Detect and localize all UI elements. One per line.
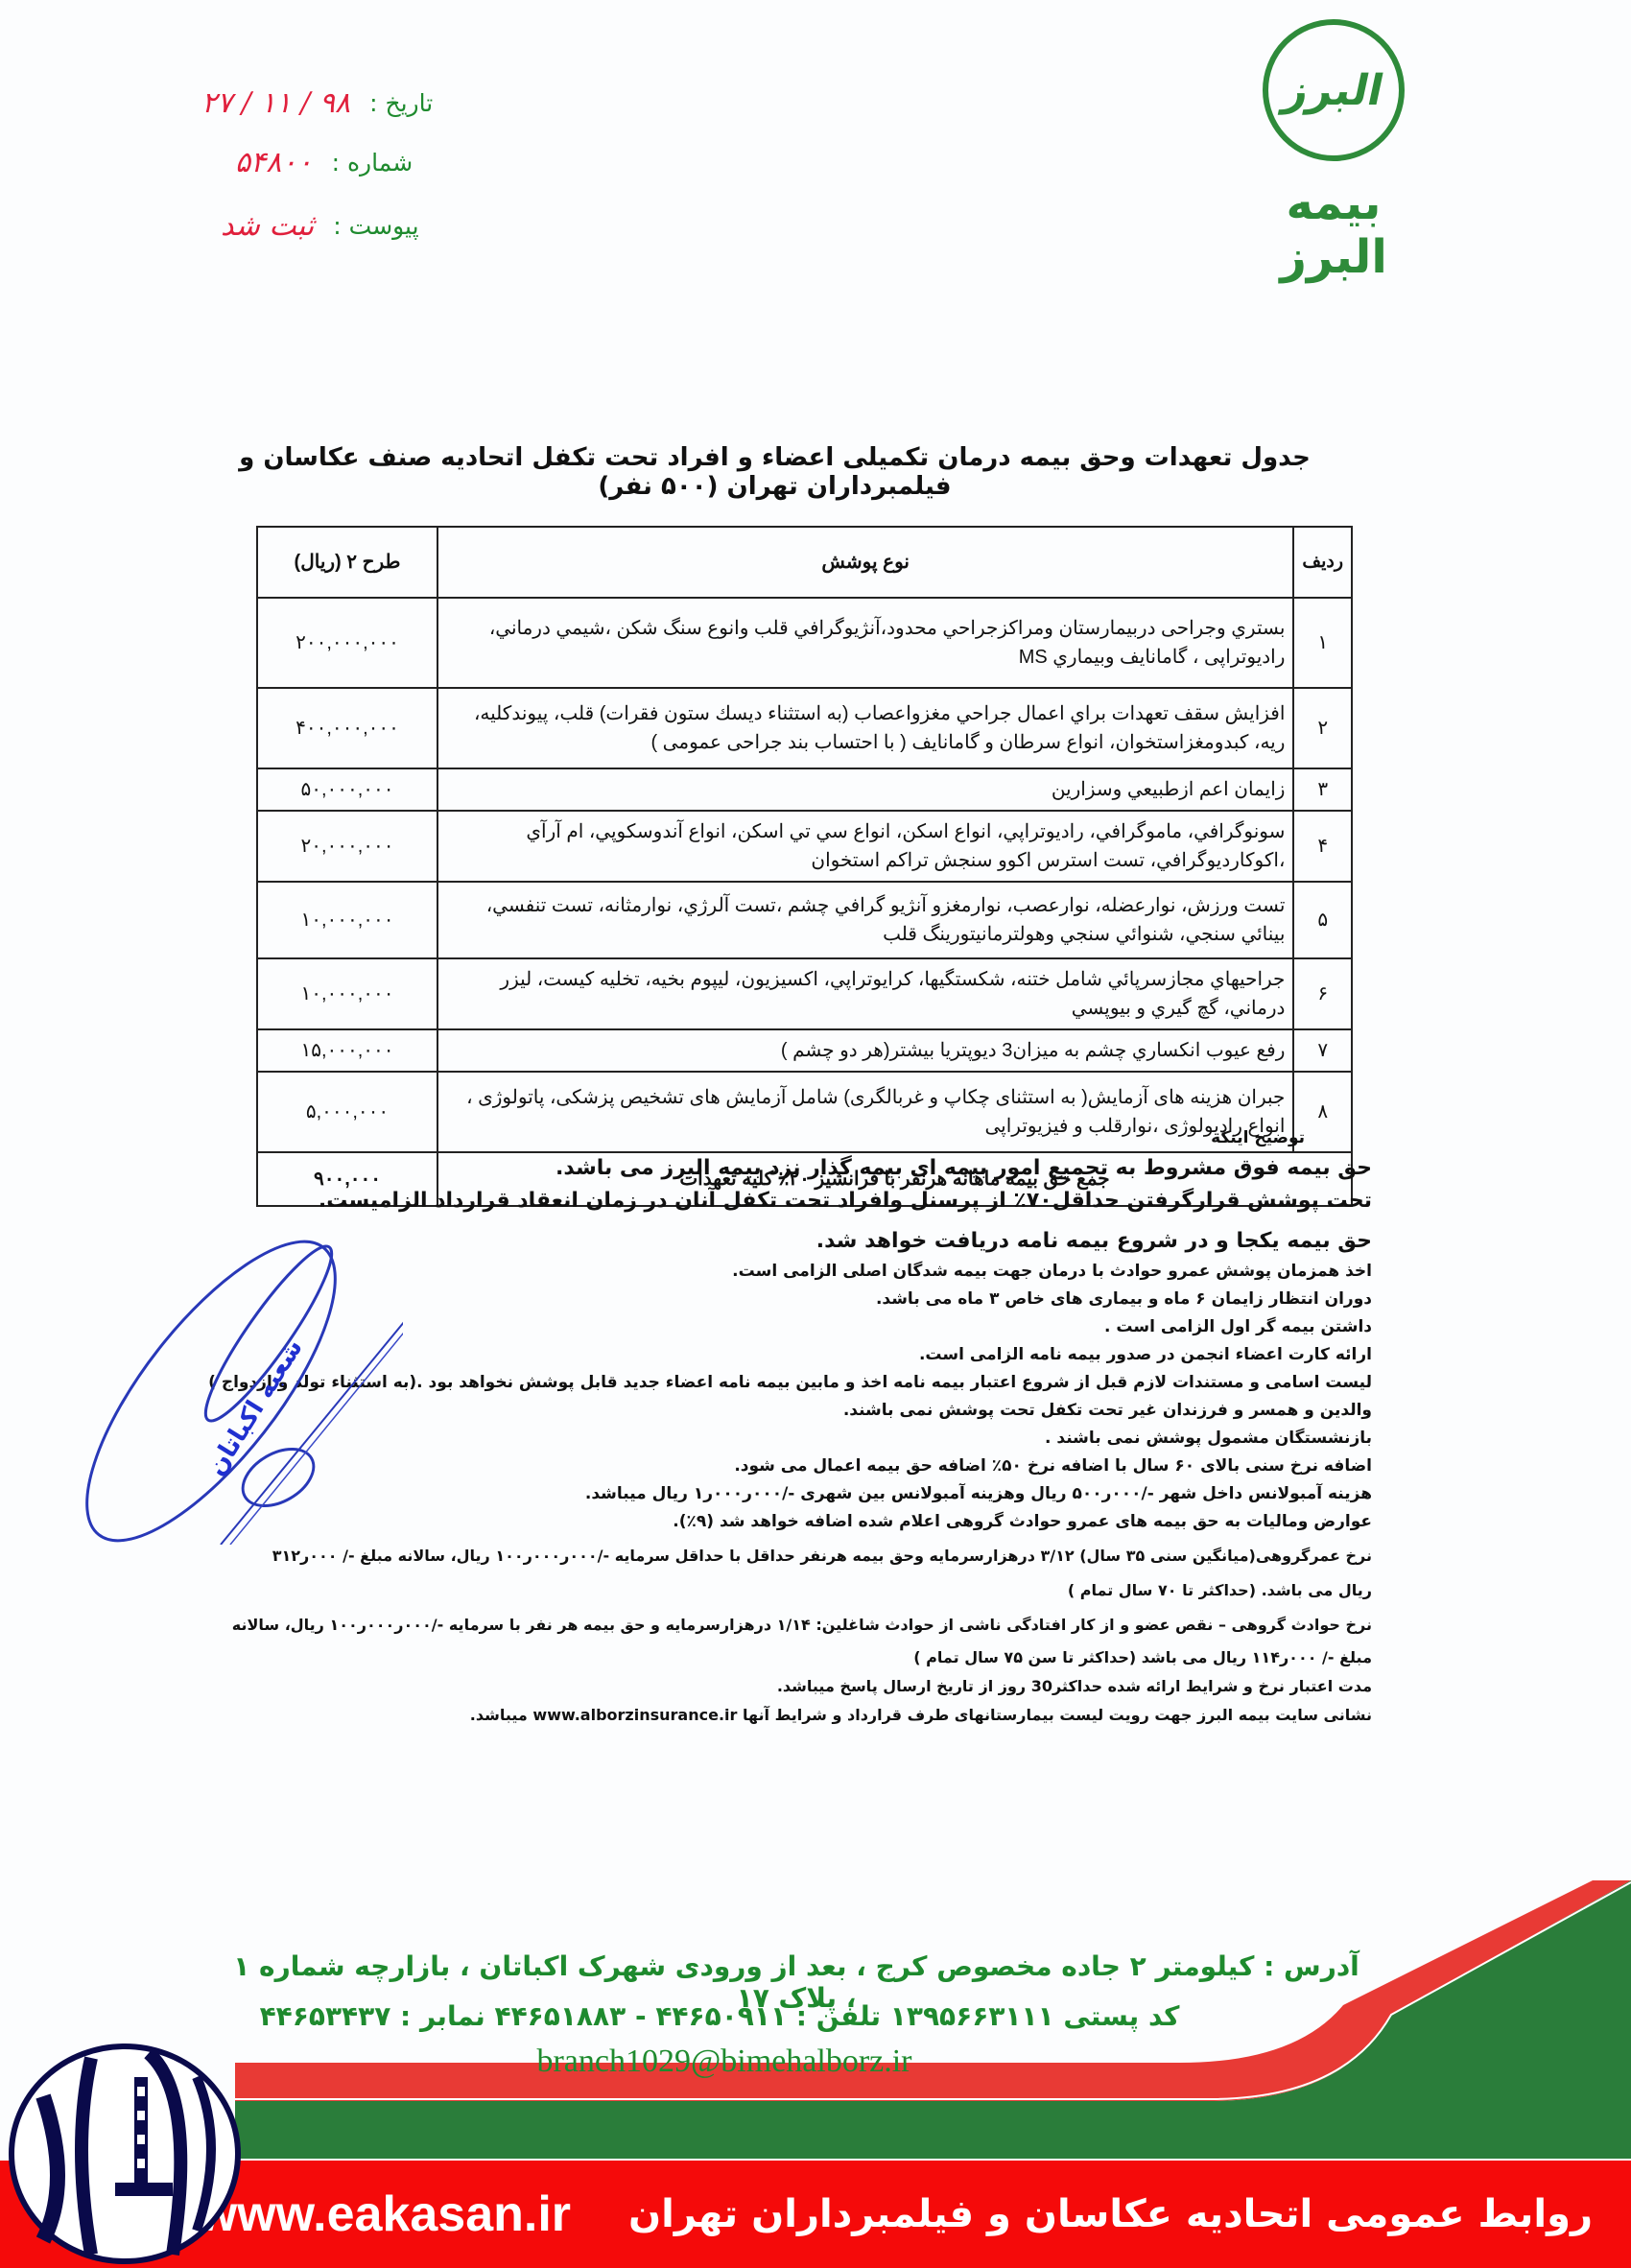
note-line: ریال می باشد. (حداکثر تا ۷۰ سال تمام ): [470, 1576, 1372, 1605]
note-line: نشانی سایت بیمه البرز جهت رویت لیست بیما…: [470, 1701, 1372, 1730]
union-aperture-logo-icon: [5, 2039, 245, 2264]
table-row: ۲ افزايش سقف تعهدات براي اعمال جراحي مغز…: [257, 688, 1352, 768]
date-value: ۹۸ / ۱۱ / ۲۷: [201, 86, 350, 120]
note-line: تحت پوشش قرارگرفتن حداقل۷۰٪ از پرسنل واف…: [470, 1185, 1372, 1217]
attachment-label: پیوست :: [333, 212, 418, 240]
note-line: بازنشستگان مشمول پوشش نمی باشند .: [470, 1425, 1372, 1453]
union-website-link[interactable]: www.eakasan.ir: [199, 2185, 571, 2243]
col-row-number: ردیف: [1293, 527, 1352, 598]
coverage-description: تست ورزش، نوارعضله، نوارعصب، نوارمغزو آن…: [437, 882, 1293, 958]
note-line: داشتن بیمه گر اول الزامی است .: [470, 1313, 1372, 1341]
coverage-description: زايمان اعم ازطبيعي وسزارين: [437, 768, 1293, 811]
table-row: ۵ تست ورزش، نوارعضله، نوارعصب، نوارمغزو …: [257, 882, 1352, 958]
row-number: ۵: [1293, 882, 1352, 958]
document-title: جدول تعهدات وحق بیمه درمان تکمیلی اعضاء …: [177, 443, 1372, 501]
footer-email[interactable]: branch1029@bimehalborz.ir: [230, 2044, 1218, 2080]
note-line: اخذ همزمان پوشش عمرو حوادث با درمان جهت …: [470, 1258, 1372, 1286]
row-number: ۱: [1293, 598, 1352, 688]
coverage-amount: ۵۰,۰۰۰,۰۰۰: [257, 768, 437, 811]
union-banner-title: روابط عمومی اتحادیه عکاسان و فیلمبرداران…: [628, 2192, 1593, 2236]
note-line: لیست اسامی و مستندات لازم قبل از شروع اع…: [470, 1369, 1372, 1397]
row-number: ۷: [1293, 1029, 1352, 1072]
note-line: مدت اعتبار نرخ و شرایط ارائه شده حداکثر3…: [470, 1672, 1372, 1701]
note-line: حق بیمه یکجا و در شروع بیمه نامه دریافت …: [470, 1225, 1372, 1258]
coverage-description: جراحيهاي مجازسرپائي شامل ختنه، شكستگيها،…: [437, 958, 1293, 1029]
coverage-amount: ۱۰,۰۰۰,۰۰۰: [257, 958, 437, 1029]
logo-mark: البرز: [1279, 66, 1387, 115]
row-number: ۴: [1293, 811, 1352, 882]
note-line: حق بیمه فوق مشروط به تجمیع امور بیمه ای …: [470, 1152, 1372, 1185]
table-row: ۷ رفع عيوب انكساري چشم به ميزان3 ديوپتري…: [257, 1029, 1352, 1072]
note-line: نرخ عمرگروهی(میانگین سنی ۳۵ سال) ۳/۱۲ در…: [470, 1542, 1372, 1571]
row-number: ۶: [1293, 958, 1352, 1029]
coverage-description: افزايش سقف تعهدات براي اعمال جراحي مغزوا…: [437, 688, 1293, 768]
note-line: اضافه نرخ سنی بالای ۶۰ سال با اضافه نرخ …: [470, 1453, 1372, 1480]
coverage-amount: ۱۵,۰۰۰,۰۰۰: [257, 1029, 437, 1072]
signature-icon: شعبه اکباتان: [38, 1218, 403, 1545]
table-row: ۳ زايمان اعم ازطبيعي وسزارين ۵۰,۰۰۰,۰۰۰: [257, 768, 1352, 811]
note-line: والدین و همسر و فرزندان غیر تحت تکفل تحت…: [470, 1397, 1372, 1425]
coverage-description: بستري وجراحی دربیمارستان ومراكزجراحي محد…: [437, 598, 1293, 688]
coverage-amount: ۴۰۰,۰۰۰,۰۰۰: [257, 688, 437, 768]
number-value: ۵۴۸۰۰: [235, 146, 313, 179]
row-number: ۲: [1293, 688, 1352, 768]
table-row: ۴ سونوگرافي، ماموگرافي، راديوتراپي، انوا…: [257, 811, 1352, 882]
date-row: تاریخ : ۹۸ / ۱۱ / ۲۷: [201, 86, 433, 120]
table-row: ۶ جراحيهاي مجازسرپائي شامل ختنه، شكستگيه…: [257, 958, 1352, 1029]
logo-circle-icon: البرز: [1263, 19, 1405, 161]
notes-heading: توضیح اینکه: [470, 1124, 1372, 1152]
note-line: دوران انتظار زایمان ۶ ماه و بیماری های خ…: [470, 1286, 1372, 1313]
alborz-insurance-logo: البرز بیمه البرز: [1252, 19, 1415, 284]
col-plan-2-amount: طرح ۲ (ریال): [257, 527, 437, 598]
col-coverage-type: نوع پوشش: [437, 527, 1293, 598]
coverage-amount: ۲۰,۰۰۰,۰۰۰: [257, 811, 437, 882]
footer-contact: کد پستی ۱۳۹۵۶۶۳۱۱۱ تلفن : ۴۴۶۵۰۹۱۱ - ۴۴۶…: [230, 2000, 1209, 2032]
coverage-amount: ۲۰۰,۰۰۰,۰۰۰: [257, 598, 437, 688]
note-line: نرخ حوادث گروهی – نقص عضو و از کار افتاد…: [470, 1611, 1372, 1640]
union-banner: www.eakasan.ir روابط عمومی اتحادیه عکاسا…: [0, 2161, 1631, 2268]
logo-wordmark: بیمه البرز: [1252, 177, 1415, 284]
note-line: مبلغ -/ ۰۰۰ر۱۱۴ ریال می باشد (حداکثر تا …: [470, 1643, 1372, 1672]
coverage-description: رفع عيوب انكساري چشم به ميزان3 ديوپتريا …: [437, 1029, 1293, 1072]
note-line: ارائه کارت اعضاء انجمن در صدور بیمه نامه…: [470, 1341, 1372, 1369]
signature-stamp: شعبه اکباتان: [38, 1218, 403, 1545]
row-number: ۳: [1293, 768, 1352, 811]
number-row: شماره : ۵۴۸۰۰: [235, 146, 413, 179]
number-label: شماره :: [332, 149, 414, 177]
table-row: ۱ بستري وجراحی دربیمارستان ومراكزجراحي م…: [257, 598, 1352, 688]
attachment-row: پیوست : ثبت شد: [221, 209, 419, 243]
note-line: عوارض ومالیات به حق بیمه های عمرو حوادث …: [470, 1508, 1372, 1536]
table-header-row: ردیف نوع پوشش طرح ۲ (ریال): [257, 527, 1352, 598]
coverage-description: سونوگرافي، ماموگرافي، راديوتراپي، انواع …: [437, 811, 1293, 882]
attachment-value: ثبت شد: [221, 209, 314, 243]
coverage-amount: ۱۰,۰۰۰,۰۰۰: [257, 882, 437, 958]
date-label: تاریخ :: [369, 89, 433, 117]
notes-section: توضیح اینکه حق بیمه فوق مشروط به تجمیع ا…: [470, 1124, 1372, 1730]
note-line: هزینه آمبولانس داخل شهر -/۰۰۰ر۵۰۰ ریال و…: [470, 1480, 1372, 1508]
coverage-table: ردیف نوع پوشش طرح ۲ (ریال) ۱ بستري وجراح…: [256, 526, 1353, 1207]
svg-text:شعبه اکباتان: شعبه اکباتان: [201, 1335, 308, 1481]
coverage-amount: ۵,۰۰۰,۰۰۰: [257, 1072, 437, 1152]
